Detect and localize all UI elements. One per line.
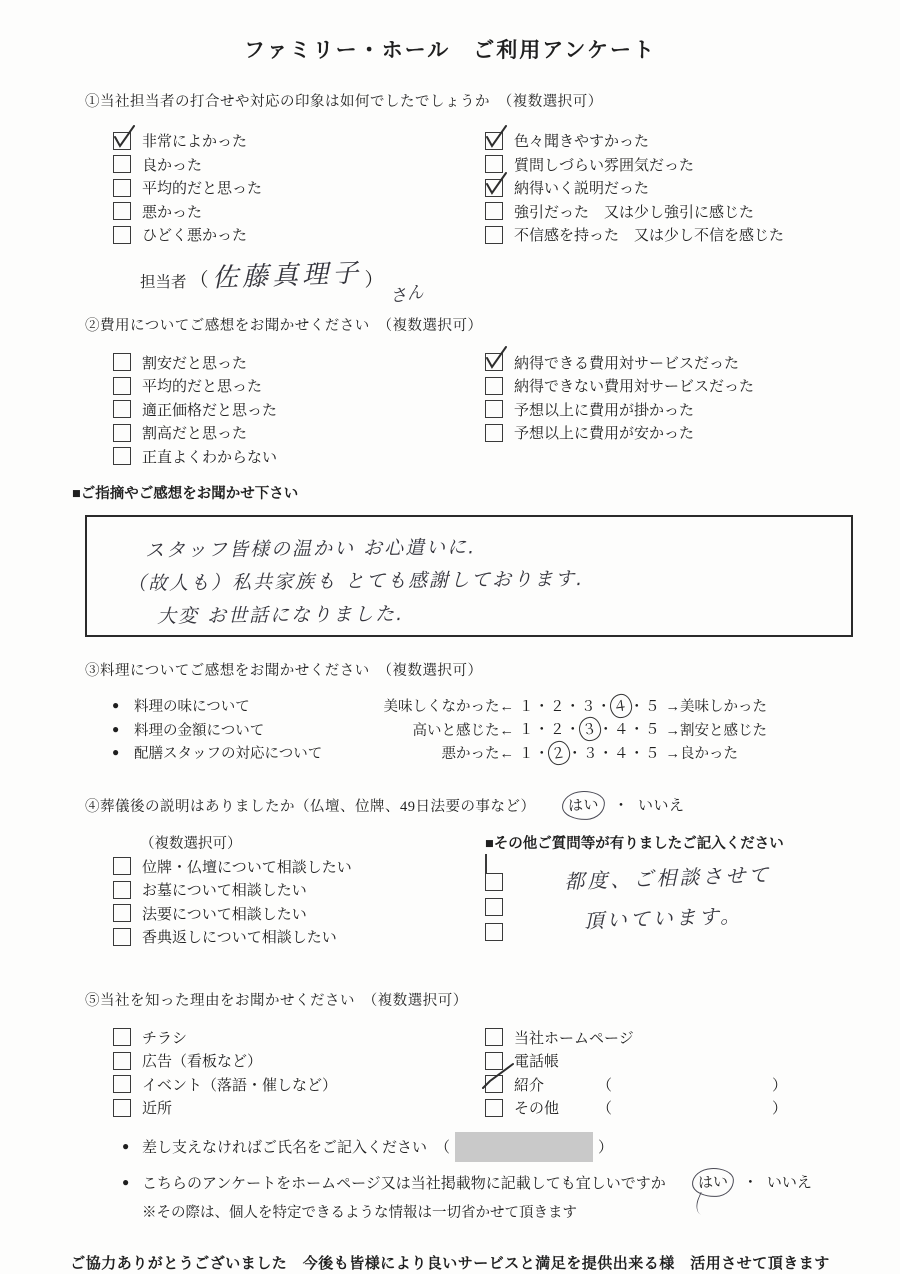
paren-open: （ — [597, 1074, 612, 1095]
consent-text: こちらのアンケートをホームページ又は当社掲載物に記載しても宜しいですか — [142, 1172, 666, 1193]
checkbox-label: 割安だと思った — [142, 352, 247, 373]
checkbox-option[interactable]: 広告（看板など） — [113, 1049, 485, 1073]
q4-left-options: 位牌・仏壇について相談したい お墓について相談したい 法要について相談したい — [113, 855, 485, 949]
checkbox-option[interactable]: 割高だと思った — [113, 421, 485, 445]
staff-suffix-handwritten: さん — [387, 277, 425, 308]
checkbox[interactable] — [113, 155, 131, 173]
checkmark-icon — [483, 123, 509, 150]
checkbox[interactable] — [113, 904, 131, 922]
q5-right-options: 当社ホームページ 電話帳 紹介 （） その他 （） — [485, 1026, 900, 1120]
staff-label: 担当者 — [140, 270, 187, 292]
checkbox[interactable] — [485, 1099, 503, 1117]
rating-row-staff: ● 配膳スタッフの対応について 悪かった← １・２・３・４・５ →良かった — [112, 741, 900, 765]
checkbox[interactable] — [485, 854, 487, 873]
q2-right-options: 納得できる費用対サービスだった 納得できない費用対サービスだった 予想以上に費用… — [485, 351, 900, 469]
checkbox-label: イベント（落語・催しなど） — [142, 1074, 337, 1095]
bullet-icon: ● — [112, 722, 128, 737]
checkbox[interactable] — [113, 377, 131, 395]
checkbox[interactable] — [485, 923, 503, 941]
checkbox-option[interactable]: 不信感を持った 又は少し不信を感じた — [485, 223, 900, 247]
checkbox-label: 納得できる費用対サービスだった — [514, 352, 739, 373]
q1-heading: ①当社担当者の打合せや対応の印象は如何でしたでしょうか （複数選択可） — [85, 90, 900, 111]
checkbox-option[interactable]: 納得できる費用対サービスだった — [485, 351, 900, 375]
checkbox-label: 香典返しについて相談したい — [142, 926, 337, 947]
q5-heading: ⑤当社を知った理由をお聞かせください （複数選択可） — [85, 989, 900, 1010]
circled-rating[interactable]: ３ — [577, 716, 602, 743]
checkbox-option[interactable]: 法要について相談したい — [113, 902, 485, 926]
q4-options: （複数選択可） 位牌・仏壇について相談したい お墓について相談したい — [0, 832, 900, 949]
checkbox-option[interactable]: 香典返しについて相談したい — [113, 925, 485, 949]
checkbox[interactable] — [113, 179, 131, 197]
checkbox-option[interactable]: 近所 — [113, 1096, 485, 1120]
survey-page: ファミリー・ホール ご利用アンケート ①当社担当者の打合せや対応の印象は如何でし… — [0, 0, 900, 1274]
checkbox-label: 位牌・仏壇について相談したい — [142, 856, 352, 877]
checkbox-option-homepage[interactable]: 当社ホームページ — [485, 1026, 900, 1050]
paren-close: ） — [598, 1136, 613, 1157]
q3-heading: ③料理についてご感想をお聞かせください （複数選択可） — [85, 659, 900, 680]
checkbox[interactable] — [113, 400, 131, 418]
checkmark-icon — [480, 1062, 516, 1096]
checkbox-label: 法要について相談したい — [142, 903, 307, 924]
circled-answer-yes[interactable]: はい — [691, 1166, 734, 1197]
checkbox[interactable] — [485, 226, 503, 244]
paren-open: （ — [435, 1136, 450, 1157]
rating-scale[interactable]: １・２・３・４・５ — [519, 741, 661, 765]
checkbox-label: 近所 — [142, 1097, 172, 1118]
circled-rating[interactable]: ４ — [608, 692, 633, 719]
staff-name-handwritten: 佐藤真理子 — [211, 252, 362, 294]
checkbox-label: その他 — [514, 1097, 586, 1118]
checkbox[interactable] — [113, 132, 131, 150]
checkbox-label: 平均的だと思った — [142, 375, 262, 396]
q4-handwritten-note: 都度、ご相談させて 頂いています。 — [564, 854, 774, 941]
checkbox-label: 良かった — [142, 154, 202, 175]
checkbox[interactable] — [113, 1028, 131, 1046]
checkbox-option[interactable]: 非常によかった — [113, 129, 485, 153]
checkbox[interactable] — [485, 132, 503, 150]
checkbox-label: 紹介 — [514, 1074, 586, 1095]
checkbox[interactable] — [485, 179, 503, 197]
checkbox-option[interactable]: 納得できない費用対サービスだった — [485, 374, 900, 398]
checkbox-label: 不信感を持った 又は少し不信を感じた — [514, 224, 784, 245]
checkbox-label: 広告（看板など） — [142, 1050, 262, 1071]
checkbox[interactable] — [485, 377, 503, 395]
feedback-heading: ■ご指摘やご感想をお聞かせ下さい — [72, 482, 900, 503]
checkbox[interactable] — [485, 202, 503, 220]
paren-close: ） — [772, 1097, 787, 1118]
checkbox[interactable] — [485, 898, 503, 916]
checkbox-label: 電話帳 — [514, 1050, 559, 1071]
q1-left-options: 非常によかった 良かった 平均的だと思った 悪かった — [113, 129, 485, 247]
checkbox-label: 予想以上に費用が掛かった — [514, 399, 694, 420]
checkbox[interactable] — [485, 873, 503, 891]
q1-right-options: 色々聞きやすかった 質問しづらい雰囲気だった 納得いく説明だった 強引だった 又… — [485, 129, 900, 247]
checkbox-option[interactable]: 良かった — [113, 153, 485, 177]
q5-options: チラシ 広告（看板など） イベント（落語・催しなど） 近所 — [0, 1026, 900, 1120]
checkbox-option[interactable]: 悪かった — [113, 200, 485, 224]
q1-options: 非常によかった 良かった 平均的だと思った 悪かった — [0, 129, 900, 247]
checkbox[interactable] — [113, 1075, 131, 1093]
answer-no[interactable]: いいえ — [767, 1175, 812, 1191]
rating-row-taste: ● 料理の味について 美味しくなかった← １・２・３・４・５ →美味しかった — [112, 694, 900, 718]
rating-row-price: ● 料理の金額について 高いと感じた← １・２・３・４・５ →割安と感じた — [112, 718, 900, 742]
checkbox-label: 色々聞きやすかった — [514, 130, 649, 151]
checkbox-option[interactable]: 位牌・仏壇について相談したい — [113, 855, 485, 879]
checkbox-label: 予想以上に費用が安かった — [514, 422, 694, 443]
circled-answer-yes[interactable]: はい — [561, 789, 605, 820]
paren-close: ） — [365, 265, 384, 292]
checkbox[interactable] — [113, 447, 131, 465]
paren-open: （ — [597, 1097, 612, 1118]
checkmark-icon — [483, 170, 509, 197]
checkbox-option[interactable]: 納得いく説明だった — [485, 176, 900, 200]
checkbox-label: お墓について相談したい — [142, 879, 307, 900]
answer-no[interactable]: いいえ — [638, 798, 685, 814]
q2-options: 割安だと思った 平均的だと思った 適正価格だと思った 割高だと思った — [0, 351, 900, 469]
checkbox-option[interactable]: 質問しづらい雰囲気だった — [485, 153, 900, 177]
bullet-icon: ● — [122, 1139, 142, 1154]
consent-yes-no-choice: はい・いいえ — [692, 1168, 812, 1197]
checkbox-label: 納得いく説明だった — [514, 177, 649, 198]
checkbox-option[interactable]: チラシ — [113, 1026, 485, 1050]
rating-scale[interactable]: １・２・３・４・５ — [519, 717, 661, 741]
checkbox-label: 非常によかった — [142, 130, 247, 151]
name-entry-text: 差し支えなければご氏名をご記入ください — [142, 1136, 427, 1157]
checkbox[interactable] — [113, 202, 131, 220]
checkmark-icon — [483, 344, 509, 371]
checkbox-option[interactable]: 平均的だと思った — [113, 176, 485, 200]
checkbox-label: 強引だった 又は少し強引に感じた — [514, 201, 754, 222]
privacy-note: ※その際は、個人を特定できるような情報は一切省かせて頂きます — [142, 1201, 900, 1222]
checkbox-label: チラシ — [142, 1027, 187, 1048]
checkbox-label: 当社ホームページ — [514, 1027, 634, 1048]
paren-close: ） — [772, 1074, 787, 1095]
checkbox-option[interactable]: 正直よくわからない — [113, 445, 485, 469]
checkbox-label: 適正価格だと思った — [142, 399, 277, 420]
checkbox-label: 納得できない費用対サービスだった — [514, 375, 754, 396]
checkbox-option[interactable]: 強引だった 又は少し強引に感じた — [485, 200, 900, 224]
q3-rating-rows: ● 料理の味について 美味しくなかった← １・２・３・４・５ →美味しかった ●… — [0, 694, 900, 765]
redacted-name-box — [455, 1132, 593, 1162]
checkbox-label: 平均的だと思った — [142, 177, 262, 198]
consent-line: ● こちらのアンケートをホームページ又は当社掲載物に記載しても宜しいですか はい… — [122, 1168, 900, 1197]
checkbox[interactable] — [485, 424, 503, 442]
checkbox-option[interactable]: 色々聞きやすかった — [485, 129, 900, 153]
checkbox-label: 悪かった — [142, 201, 202, 222]
name-entry-line: ● 差し支えなければご氏名をご記入ください （ ） — [122, 1132, 900, 1162]
checkbox-option[interactable]: イベント（落語・催しなど） — [113, 1073, 485, 1097]
checkbox[interactable] — [485, 400, 503, 418]
checkbox[interactable] — [113, 928, 131, 946]
checkbox[interactable] — [485, 1075, 503, 1093]
staff-name-line: 担当者 （ 佐藤真理子 ） さん — [140, 255, 900, 292]
rating-scale[interactable]: １・２・３・４・５ — [519, 694, 661, 718]
q5-left-options: チラシ 広告（看板など） イベント（落語・催しなど） 近所 — [113, 1026, 485, 1120]
checkbox-label: 割高だと思った — [142, 422, 247, 443]
q2-left-options: 割安だと思った 平均的だと思った 適正価格だと思った 割高だと思った — [113, 351, 485, 469]
bullet-icon: ● — [112, 745, 128, 760]
checkbox-option[interactable]: 平均的だと思った — [113, 374, 485, 398]
feedback-box[interactable]: スタッフ皆様の温かい お心遣いに. （故人も）私共家族も とても感謝しております… — [85, 515, 853, 637]
checkbox-label: 質問しづらい雰囲気だった — [514, 154, 694, 175]
q2-heading: ②費用についてご感想をお聞かせください （複数選択可） — [85, 314, 900, 335]
checkbox-option-referral[interactable]: 紹介 （） — [485, 1073, 900, 1097]
q4-yes-no-choice: はい・いいえ — [562, 791, 685, 820]
checkbox-option-other[interactable]: その他 （） — [485, 1096, 900, 1120]
checkbox[interactable] — [485, 1028, 503, 1046]
q4-heading: ④葬儀後の説明はありましたか（仏壇、位牌、49日法要の事など） — [85, 795, 536, 816]
bullet-icon: ● — [122, 1175, 142, 1190]
q4-subnote: （複数選択可） — [140, 832, 485, 855]
paren-open: （ — [190, 265, 209, 292]
checkbox[interactable] — [113, 1099, 131, 1117]
checkbox[interactable] — [113, 353, 131, 371]
checkbox-option[interactable]: 予想以上に費用が安かった — [485, 421, 900, 445]
checkbox-option[interactable]: 適正価格だと思った — [113, 398, 485, 422]
checkbox-option[interactable]: ひどく悪かった — [113, 223, 485, 247]
feedback-handwritten-line: 大変 お世話になりました. — [157, 593, 851, 633]
checkbox[interactable] — [113, 226, 131, 244]
checkbox-label: 正直よくわからない — [142, 446, 277, 467]
checkmark-icon — [111, 123, 137, 150]
checkbox[interactable] — [113, 857, 131, 875]
checkbox[interactable] — [113, 1052, 131, 1070]
checkbox[interactable] — [113, 424, 131, 442]
circled-rating[interactable]: ２ — [546, 739, 571, 766]
q4-heading-line: ④葬儀後の説明はありましたか（仏壇、位牌、49日法要の事など） はい・いいえ — [85, 791, 900, 820]
checkbox[interactable] — [113, 881, 131, 899]
checkbox[interactable] — [485, 353, 503, 371]
checkbox-option[interactable]: 予想以上に費用が掛かった — [485, 398, 900, 422]
checkbox-option[interactable]: お墓について相談したい — [113, 878, 485, 902]
checkbox-label: ひどく悪かった — [142, 224, 247, 245]
footer-thanks: ご協力ありがとうございました 今後も皆様により良いサービスと満足を提供出来る様 … — [0, 1252, 900, 1273]
page-title: ファミリー・ホール ご利用アンケート — [0, 0, 900, 64]
checkbox-option-phonebook[interactable]: 電話帳 — [485, 1049, 900, 1073]
checkbox-option[interactable]: 割安だと思った — [113, 351, 485, 375]
bullet-icon: ● — [112, 698, 128, 713]
q4-other-heading: ■その他ご質問等が有りましたご記入ください — [485, 832, 900, 855]
